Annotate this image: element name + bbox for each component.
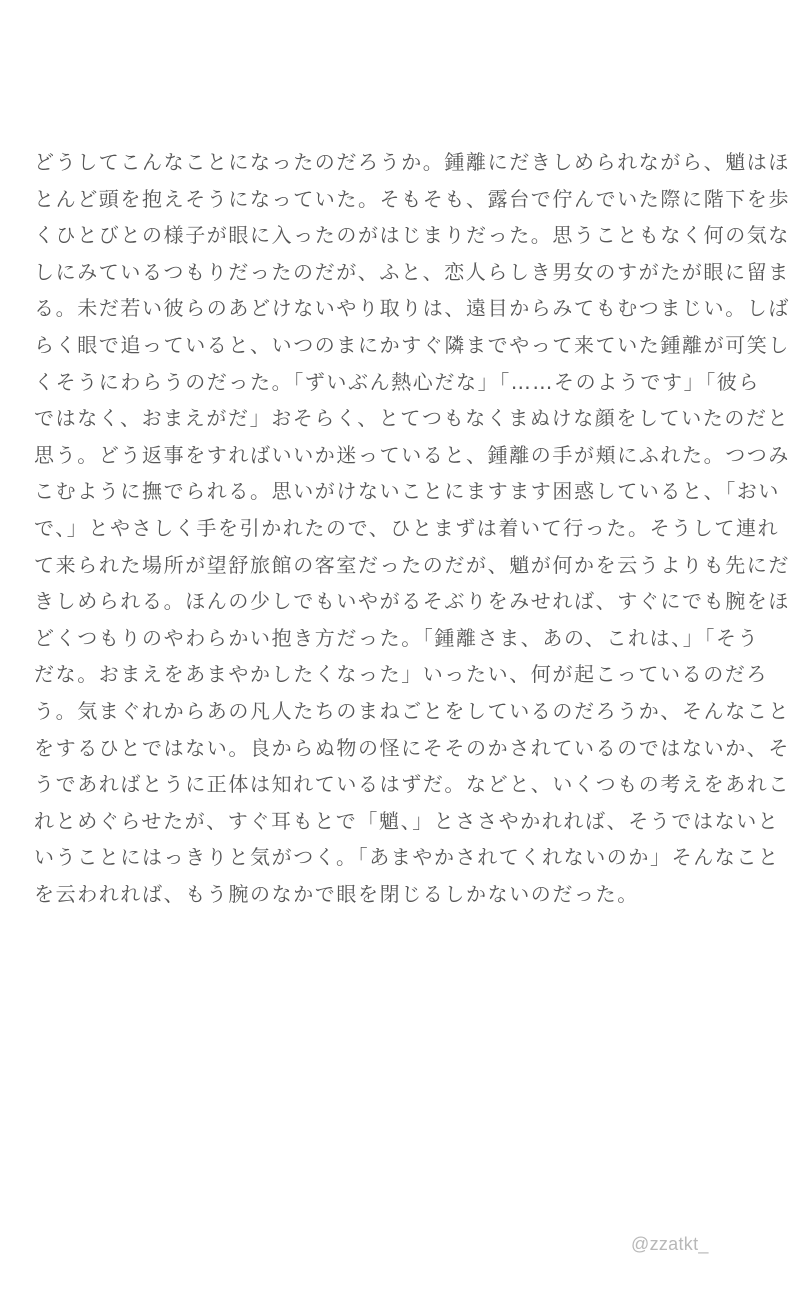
text-line: くそうにわらうのだった。「ずいぶん熱心だな」「……そのようです」「彼ら [34,364,774,401]
text-line: しにみているつもりだったのだが、ふと、恋人らしき男女のすがたが眼に留ま [34,254,774,291]
text-line: くひとびとの様子が眼に入ったのがはじまりだった。思うこともなく何の気な [34,217,774,254]
text-line: 思う。どう返事をすればいいか迷っていると、鍾離の手が頬にふれた。つつみ [34,437,774,474]
story-text: どうしてこんなことになったのだろうか。鍾離にだきしめられながら、魈はほ とんど頭… [34,144,774,912]
author-watermark: @zzatkt_ [631,1234,709,1255]
text-line: で、」とやさしく手を引かれたので、ひとまずは着いて行った。そうして連れ [34,510,774,547]
text-line: とんど頭を抱えそうになっていた。そもそも、露台で佇んでいた際に階下を歩 [34,181,774,218]
text-line: こむように撫でられる。思いがけないことにますます困惑していると、「おい [34,473,774,510]
text-line: を云われれば、もう腕のなかで眼を閉じるしかないのだった。 [34,876,774,913]
text-line: どうしてこんなことになったのだろうか。鍾離にだきしめられながら、魈はほ [34,144,774,181]
text-line: をするひとではない。良からぬ物の怪にそそのかされているのではないか、そ [34,730,774,767]
text-line: う。気まぐれからあの凡人たちのまねごとをしているのだろうか、そんなこと [34,693,774,730]
text-line: だな。おまえをあまやかしたくなった」いったい、何が起こっているのだろ [34,656,774,693]
text-line: る。未だ若い彼らのあどけないやり取りは、遠目からみてもむつまじい。しば [34,290,774,327]
text-line: ではなく、おまえがだ」おそらく、とてつもなくまぬけな顔をしていたのだと [34,400,774,437]
document-page: どうしてこんなことになったのだろうか。鍾離にだきしめられながら、魈はほ とんど頭… [0,0,799,1314]
text-line: いうことにはっきりと気がつく。「あまやかされてくれないのか」そんなこと [34,839,774,876]
text-line: れとめぐらせたが、すぐ耳もとで「魈、」とささやかれれば、そうではないと [34,803,774,840]
text-line: らく眼で追っていると、いつのまにかすぐ隣までやって来ていた鍾離が可笑し [34,327,774,364]
text-line: どくつもりのやわらかい抱き方だった。「鍾離さま、あの、これは、」「そう [34,620,774,657]
text-line: きしめられる。ほんの少しでもいやがるそぶりをみせれば、すぐにでも腕をほ [34,583,774,620]
text-line: て来られた場所が望舒旅館の客室だったのだが、魈が何かを云うよりも先にだ [34,547,774,584]
text-line: うであればとうに正体は知れているはずだ。などと、いくつもの考えをあれこ [34,766,774,803]
